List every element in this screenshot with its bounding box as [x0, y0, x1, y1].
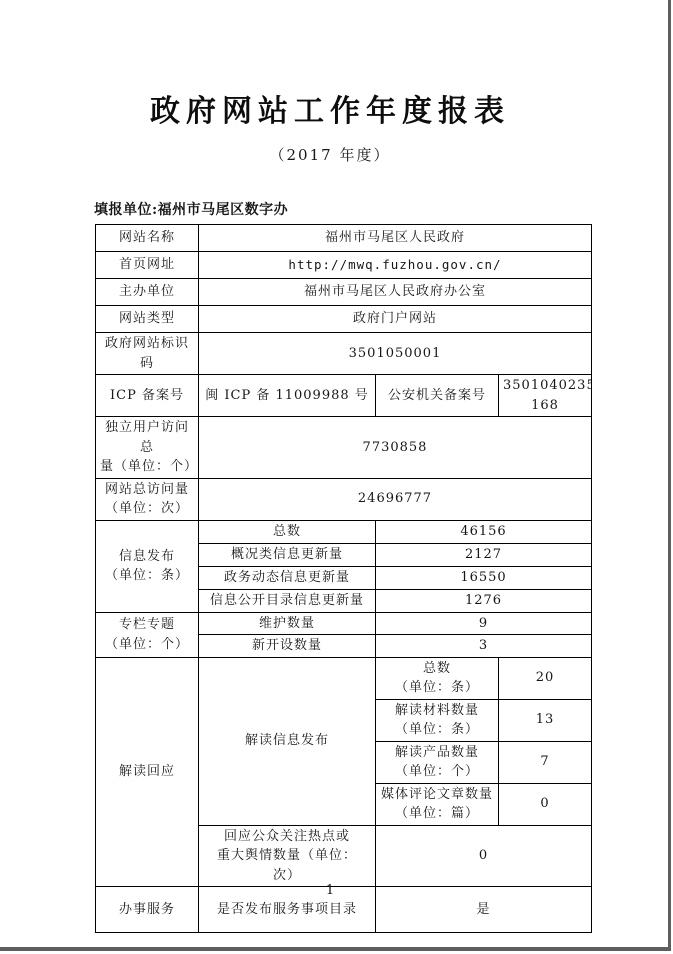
homepage-url-value: http://mwq.fuzhou.gov.cn/	[199, 252, 592, 279]
police-record-label: 公安机关备案号	[376, 375, 499, 417]
special-columns-new-value: 3	[376, 635, 592, 658]
table-row: 主办单位 福州市马尾区人民政府办公室	[96, 279, 592, 306]
info-release-section-label: 信息发布 （单位：条）	[96, 520, 199, 612]
icp-label: ICP 备案号	[96, 375, 199, 417]
table-row: ICP 备案号 闽 ICP 备 11009988 号 公安机关备案号 35010…	[96, 375, 592, 417]
info-release-gov-news-label: 政务动态信息更新量	[199, 566, 376, 589]
special-columns-section-label: 专栏专题 （单位：个）	[96, 612, 199, 657]
special-columns-maintained-value: 9	[376, 612, 592, 635]
total-visits-label: 网站总访问量 （单位：次）	[96, 478, 199, 520]
info-release-total-label: 总数	[199, 520, 376, 543]
website-type-value: 政府门户网站	[199, 306, 592, 333]
table-row: 专栏专题 （单位：个） 维护数量 9	[96, 612, 592, 635]
info-release-directory-value: 1276	[376, 589, 592, 612]
interpretation-media-value: 0	[499, 783, 592, 825]
page-title: 政府网站工作年度报表	[0, 86, 660, 130]
info-release-overview-label: 概况类信息更新量	[199, 543, 376, 566]
table-row: 网站名称 福州市马尾区人民政府	[96, 225, 592, 252]
reporting-unit: 填报单位:福州市马尾区数字办	[94, 199, 288, 219]
unique-visitors-value: 7730858	[199, 417, 592, 479]
hot-response-value: 0	[376, 825, 592, 887]
sponsor-unit-label: 主办单位	[96, 279, 199, 306]
interpretation-total-value: 20	[499, 657, 592, 699]
police-record-value: 35010402350 168	[499, 375, 592, 417]
sponsor-unit-value: 福州市马尾区人民政府办公室	[199, 279, 592, 306]
table-row: 解读回应 解读信息发布 总数 （单位：条） 20	[96, 657, 592, 699]
table-row: 独立用户访问总 量（单位：个） 7730858	[96, 417, 592, 479]
site-code-value: 3501050001	[199, 333, 592, 375]
website-name-value: 福州市马尾区人民政府	[199, 225, 592, 252]
page-subtitle: （2017 年度）	[0, 144, 660, 165]
interpretation-materials-label: 解读材料数量 （单位：条）	[376, 699, 499, 741]
website-name-label: 网站名称	[96, 225, 199, 252]
interpretation-materials-value: 13	[499, 699, 592, 741]
info-release-total-value: 46156	[376, 520, 592, 543]
interpretation-products-label: 解读产品数量 （单位：个）	[376, 741, 499, 783]
interpretation-release-label: 解读信息发布	[199, 657, 376, 825]
interpretation-section-label: 解读回应	[96, 657, 199, 887]
table-row: 网站类型 政府门户网站	[96, 306, 592, 333]
homepage-url-label: 首页网址	[96, 252, 199, 279]
table-row: 网站总访问量 （单位：次） 24696777	[96, 478, 592, 520]
table-row: 信息发布 （单位：条） 总数 46156	[96, 520, 592, 543]
unique-visitors-label: 独立用户访问总 量（单位：个）	[96, 417, 199, 479]
footer-page-number: 1	[0, 883, 660, 898]
special-columns-maintained-label: 维护数量	[199, 612, 376, 635]
info-release-directory-label: 信息公开目录信息更新量	[199, 589, 376, 612]
website-type-label: 网站类型	[96, 306, 199, 333]
info-release-gov-news-value: 16550	[376, 566, 592, 589]
info-release-overview-value: 2127	[376, 543, 592, 566]
report-table: 网站名称 福州市马尾区人民政府 首页网址 http://mwq.fuzhou.g…	[95, 224, 592, 933]
total-visits-value: 24696777	[199, 478, 592, 520]
table-row: 政府网站标识码 3501050001	[96, 333, 592, 375]
page-edge-bottom	[0, 947, 671, 951]
page-edge-right	[668, 0, 671, 950]
interpretation-products-value: 7	[499, 741, 592, 783]
interpretation-media-label: 媒体评论文章数量 （单位：篇）	[376, 783, 499, 825]
table-row: 首页网址 http://mwq.fuzhou.gov.cn/	[96, 252, 592, 279]
icp-value: 闽 ICP 备 11009988 号	[199, 375, 376, 417]
site-code-label: 政府网站标识码	[96, 333, 199, 375]
special-columns-new-label: 新开设数量	[199, 635, 376, 658]
interpretation-total-label: 总数 （单位：条）	[376, 657, 499, 699]
hot-response-label: 回应公众关注热点或 重大舆情数量（单位： 次）	[199, 825, 376, 887]
